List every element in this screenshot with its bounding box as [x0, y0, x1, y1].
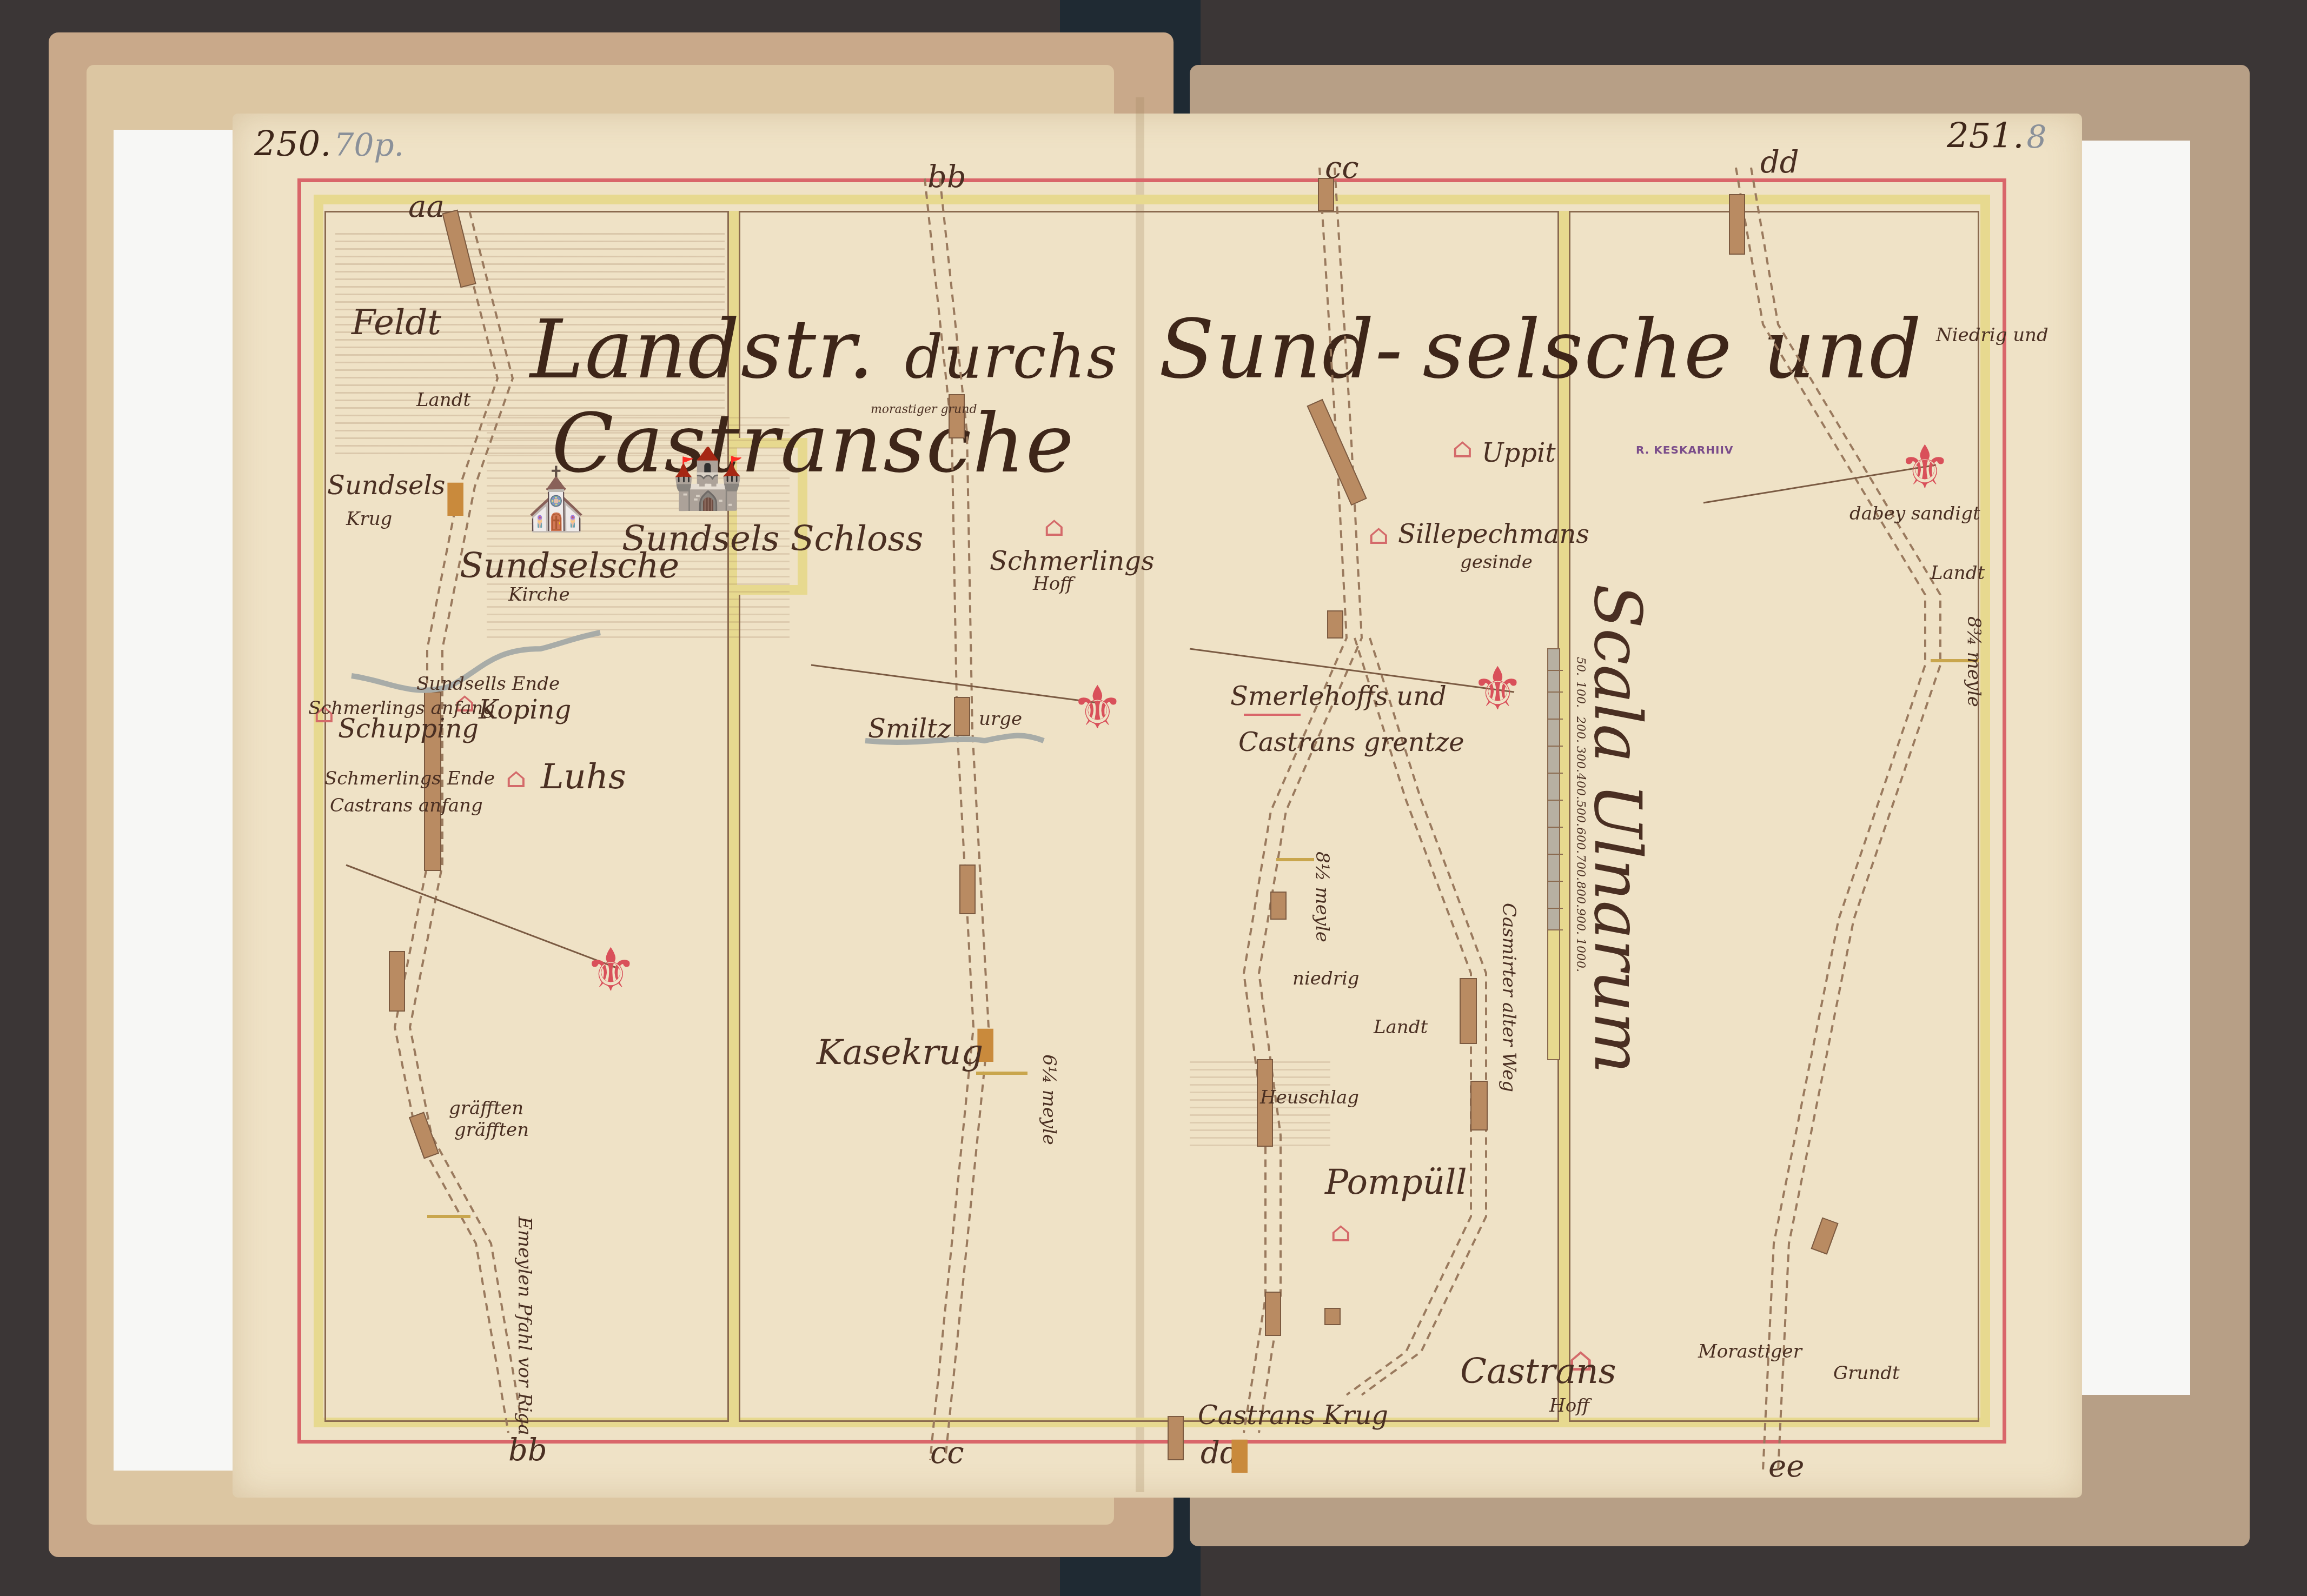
scale-tick: 50. [1574, 657, 1587, 676]
sillepechmans-house-icon: ⌂ [1368, 519, 1389, 550]
label-castrans-hoff-2: Hoff [1549, 1395, 1589, 1417]
scale-tick: 500. [1574, 800, 1587, 827]
label-sundselsche-kirche-2: Kirche [508, 584, 570, 606]
scale-tick: 700. [1574, 854, 1587, 881]
label-feldt: Feldt [352, 303, 441, 343]
label-uppit: Uppit [1482, 438, 1556, 468]
label-schmerlings-ende: Schmerlings Ende [324, 768, 495, 789]
label-graefften-1: gräfften [449, 1098, 523, 1119]
scale-tick: 900. [1574, 908, 1587, 935]
compass-rose-icon-3: ⚜ [1471, 654, 1524, 723]
label-schmerlings-hoff-1: Schmerlings [990, 546, 1155, 576]
scale-tick: 200. [1574, 716, 1587, 743]
scale-tick: 1000. [1574, 938, 1587, 972]
compass-rose-icon-2: ⚜ [1071, 673, 1124, 742]
label-schupping: Schupping [338, 714, 479, 744]
scale-tick: 600. [1574, 827, 1587, 854]
label-heuschlag: Heuschlag [1260, 1087, 1359, 1108]
castrans-krug-building-icon: ▮ [1228, 1427, 1251, 1478]
compass-rose-icon-1: ⚜ [584, 935, 638, 1005]
scale-tick: 300. [1574, 746, 1587, 773]
label-morastiger: Morastiger [1698, 1341, 1802, 1362]
castle-icon: 🏰 [671, 443, 745, 513]
label-pompull: Pompüll [1325, 1162, 1467, 1202]
uppit-house-icon: ⌂ [1452, 433, 1473, 464]
label-kasekrug: Kasekrug [817, 1033, 983, 1073]
label-niedrig-und: Niedrig und [1936, 324, 2049, 346]
label-landt-panel4: Landt [1931, 562, 1985, 584]
label-niedrig: niedrig [1292, 968, 1360, 989]
label-sillepechmans-1: Sillepechmans [1398, 519, 1589, 549]
label-grundt: Grundt [1833, 1362, 1900, 1384]
label-sillepechmans-2: gesinde [1460, 551, 1533, 573]
luhs-house-icon: ⌂ [506, 762, 526, 794]
church-icon: ⛪ [519, 465, 593, 535]
label-sundsels-schloss: Sundsels Schloss [622, 519, 923, 559]
scale-tick: 800. [1574, 881, 1587, 908]
label-meyle-panel4: 8¾ meyle [1963, 616, 1985, 707]
schmerlings-hoff-icon: ⌂ [1044, 511, 1064, 542]
label-urge: urge [979, 708, 1022, 730]
label-grenze-1: Smerlehoffs und [1230, 681, 1447, 711]
scale-tick-labels: 50. 100. 200. 300. 400. 500. 600. 700. 8… [1587, 657, 1603, 1068]
label-meilen-pfahl: Emeylen Pfahl vor Riga [514, 1216, 535, 1435]
scale-tick: 400. [1574, 773, 1587, 800]
compass-rose-icon-4: ⚜ [1898, 433, 1952, 502]
label-graefften-2: gräfften [454, 1119, 529, 1141]
label-sundsells-ende: Sundsells Ende [416, 673, 560, 695]
border-underline-red [1244, 714, 1301, 716]
label-schmerlings-hoff-2: Hoff [1033, 573, 1073, 595]
label-smiltz: Smiltz [868, 714, 951, 744]
label-landt: Landt [416, 389, 470, 411]
label-castrans-hoff-1: Castrans [1460, 1352, 1616, 1392]
label-castrans-krug: Castrans Krug [1198, 1400, 1388, 1431]
pompull-house-icon: ⌂ [1330, 1216, 1351, 1248]
label-morastiger-grund: morastiger grund [871, 403, 977, 416]
label-sundsels-krug-1: Sundsels [327, 470, 445, 501]
label-landt-panel3: Landt [1374, 1016, 1428, 1038]
scale-tick: 100. [1574, 681, 1587, 708]
label-meyle-panel3: 8½ meyle [1311, 852, 1333, 942]
label-kasekrug-meyle: 6¼ meyle [1038, 1054, 1060, 1145]
krug-building-icon: ▮ [443, 470, 467, 521]
label-castrans-anfang: Castrans anfang [330, 795, 483, 816]
label-dabey-sandigt: dabey sandigt [1849, 503, 1980, 524]
label-luhs: Luhs [541, 757, 626, 797]
label-sundsels-krug-2: Krug [346, 508, 392, 530]
label-alter-weg: Casmirter alter Weg [1498, 903, 1520, 1092]
label-grenze-2: Castrans grentze [1238, 727, 1464, 757]
